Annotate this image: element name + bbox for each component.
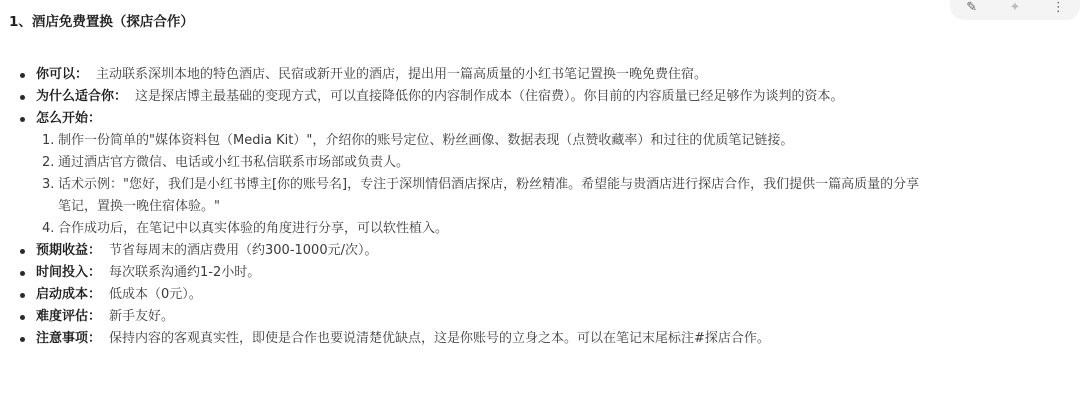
step-number: 4. [42, 218, 54, 240]
list-item-difficulty: 难度评估：新手友好。 [0, 306, 1080, 328]
bullet-icon [20, 337, 25, 342]
step-item: 2. 通过酒店官方微信、电话或小红书私信联系市场部或负责人。 [8, 152, 1080, 174]
bullet-icon [20, 249, 25, 254]
item-label: 启动成本： [36, 287, 101, 302]
content-body: 你可以：主动联系深圳本地的特色酒店、民宿或新开业的酒店，提出用一篇高质量的小红书… [0, 64, 1080, 350]
item-label: 你可以： [36, 67, 88, 82]
list-item-you-can: 你可以：主动联系深圳本地的特色酒店、民宿或新开业的酒店，提出用一篇高质量的小红书… [0, 64, 1080, 86]
list-item-expected-income: 预期收益：节省每周末的酒店费用（约300-1000元/次）。 [0, 240, 1080, 262]
step-number: 1. [42, 130, 54, 152]
bullet-icon [20, 95, 25, 100]
step-item: 3. 话术示例："您好，我们是小红书博主[你的账号名]，专注于深圳情侣酒店探店，… [8, 174, 1080, 218]
steps-list: 1. 制作一份简单的"媒体资料包（Media Kit）"，介绍你的账号定位、粉丝… [0, 130, 1080, 240]
step-text: 通过酒店官方微信、电话或小红书私信联系市场部或负责人。 [58, 152, 1080, 174]
list-item-why-suitable: 为什么适合你：这是探店博主最基础的变现方式，可以直接降低你的内容制作成本（住宿费… [0, 86, 1080, 108]
item-label: 注意事项： [36, 331, 101, 346]
item-text: 节省每周末的酒店费用（约300-1000元/次）。 [109, 243, 377, 258]
item-text: 新手友好。 [109, 309, 174, 324]
star-icon[interactable]: ✦ [1005, 1, 1025, 14]
item-label: 时间投入： [36, 265, 101, 280]
item-text: 这是探店博主最基础的变现方式，可以直接降低你的内容制作成本（住宿费）。你目前的内… [135, 89, 844, 104]
item-text: 保持内容的客观真实性，即使是合作也要说清楚优缺点，这是你账号的立身之本。可以在笔… [109, 331, 770, 346]
item-text: 主动联系深圳本地的特色酒店、民宿或新开业的酒店，提出用一篇高质量的小红书笔记置换… [96, 67, 707, 82]
more-options-icon[interactable]: ⋮ [1048, 1, 1068, 14]
bullet-icon [20, 271, 25, 276]
edit-icon[interactable]: ✎ [962, 1, 982, 14]
item-label: 预期收益： [36, 243, 101, 258]
list-item-time-investment: 时间投入：每次联系沟通约1-2小时。 [0, 262, 1080, 284]
step-text: 合作成功后，在笔记中以真实体验的角度进行分享，可以软性植入。 [58, 218, 1080, 240]
item-label: 难度评估： [36, 309, 101, 324]
step-number: 3. [42, 174, 54, 196]
step-item: 4. 合作成功后，在笔记中以真实体验的角度进行分享，可以软性植入。 [8, 218, 1080, 240]
item-text: 每次联系沟通约1-2小时。 [109, 265, 260, 280]
step-text: 话术示例："您好，我们是小红书博主[你的账号名]，专注于深圳情侣酒店探店，粉丝精… [58, 174, 1080, 196]
item-label: 为什么适合你： [36, 89, 127, 104]
item-label: 怎么开始： [36, 111, 101, 126]
list-item-notes: 注意事项：保持内容的客观真实性，即使是合作也要说清楚优缺点，这是你账号的立身之本… [0, 328, 1080, 350]
step-item: 1. 制作一份简单的"媒体资料包（Media Kit）"，介绍你的账号定位、粉丝… [8, 130, 1080, 152]
bullet-icon [20, 315, 25, 320]
list-item-how-to-start: 怎么开始： 1. 制作一份简单的"媒体资料包（Media Kit）"，介绍你的账… [0, 108, 1080, 240]
item-text: 低成本（0元）。 [109, 287, 202, 302]
list-item-startup-cost: 启动成本：低成本（0元）。 [0, 284, 1080, 306]
bullet-icon [20, 117, 25, 122]
message-toolbar: ✎ ✦ ⋮ [950, 0, 1080, 20]
section-heading: 1、酒店免费置换（探店合作） [9, 10, 194, 30]
step-number: 2. [42, 152, 54, 174]
bullet-list: 你可以：主动联系深圳本地的特色酒店、民宿或新开业的酒店，提出用一篇高质量的小红书… [0, 64, 1080, 350]
bullet-icon [20, 293, 25, 298]
bullet-icon [20, 73, 25, 78]
step-text: 制作一份简单的"媒体资料包（Media Kit）"，介绍你的账号定位、粉丝画像、… [58, 130, 1080, 152]
step-text-continued: 笔记，置换一晚住宿体验。" [58, 196, 1080, 218]
